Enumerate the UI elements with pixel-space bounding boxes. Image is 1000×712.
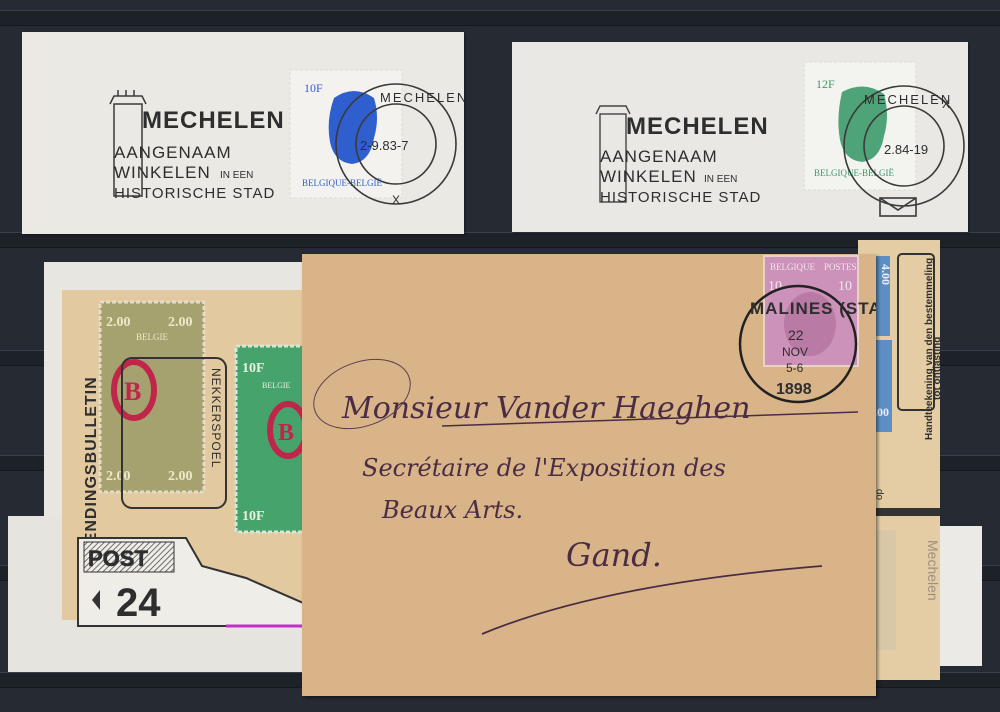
cut-piece-mechelen-1983: MECHELEN AANGENAAM WINKELEN IN EEN HISTO… — [22, 32, 464, 234]
svg-text:AANGENAAM: AANGENAAM — [600, 147, 718, 166]
address-line: Monsieur Vander Haeghen — [341, 391, 750, 426]
address-line: Gand. — [566, 536, 662, 574]
white-backing-paper — [940, 526, 982, 666]
stamp-12f-green: 12F BELGIQUE-BELGIË — [804, 62, 916, 190]
svg-text:POST: POST — [88, 546, 148, 571]
svg-text:IN EEN: IN EEN — [704, 174, 737, 185]
svg-text:MECHELEN: MECHELEN — [864, 92, 952, 107]
svg-text:10F: 10F — [242, 361, 265, 376]
slogan-line: IN EEN — [220, 170, 253, 181]
svg-text:MECHELEN: MECHELEN — [380, 90, 464, 105]
svg-text:10: 10 — [838, 279, 852, 294]
svg-text:Mechelen: Mechelen — [925, 540, 940, 601]
address-line: Beaux Arts. — [381, 496, 523, 524]
svg-text:X: X — [392, 193, 400, 207]
svg-text:WINKELEN: WINKELEN — [600, 167, 697, 186]
svg-text:BELGIE: BELGIE — [262, 381, 291, 390]
svg-text:1898: 1898 — [776, 381, 812, 398]
parcel-label-post-24: POST 24 — [76, 536, 310, 634]
railway-stamp-2-00: 2.00 2.00 BELGIE 2.00 2.00 B — [100, 302, 204, 492]
svg-text:B: B — [278, 420, 294, 446]
svg-text:POSTES: POSTES — [824, 262, 857, 272]
svg-text:NOV: NOV — [782, 345, 808, 359]
svg-text:HISTORISCHE STAD: HISTORISCHE STAD — [600, 189, 761, 206]
svg-text:MECHELEN: MECHELEN — [626, 113, 769, 140]
svg-text:2.00: 2.00 — [168, 315, 193, 330]
cut-piece-mechelen-1984: MECHELEN AANGENAAM WINKELEN IN EEN HISTO… — [512, 42, 968, 232]
svg-text:BELGIE: BELGIE — [136, 332, 168, 342]
stock-strip — [0, 232, 1000, 248]
svg-text:BELGIQUE-BELGIË: BELGIQUE-BELGIË — [814, 168, 894, 178]
svg-text:MALINES (STATION): MALINES (STATION) — [750, 299, 876, 318]
svg-text:5-6: 5-6 — [786, 361, 804, 375]
address-line: Secrétaire de l'Exposition des — [362, 454, 726, 482]
stock-card: MECHELEN AANGENAAM WINKELEN IN EEN HISTO… — [0, 0, 1000, 712]
svg-text:22: 22 — [788, 327, 804, 343]
svg-text:24: 24 — [116, 581, 161, 625]
railway-stamp-10f: 10F BELGIE 10F B — [236, 346, 308, 532]
slogan-line: WINKELEN — [114, 163, 211, 182]
svg-text:10F: 10F — [304, 81, 323, 95]
svg-text:12F: 12F — [816, 77, 835, 91]
envelope-cover-1898: BELGIQUE POSTES 10 10 MALINES (STATION) … — [302, 254, 876, 696]
svg-text:2.00: 2.00 — [168, 469, 193, 484]
svg-text:2.84-19: 2.84-19 — [884, 142, 928, 157]
svg-text:2-9.83-7: 2-9.83-7 — [360, 138, 408, 153]
slogan-line: HISTORISCHE STAD — [114, 185, 275, 202]
svg-text:tot ontlasting: tot ontlasting — [932, 337, 940, 400]
svg-text:BELGIQUE-BELGIË: BELGIQUE-BELGIË — [302, 178, 382, 188]
slogan-line: AANGENAAM — [114, 143, 232, 162]
svg-text:2.00: 2.00 — [106, 469, 131, 484]
svg-text:B: B — [124, 377, 141, 406]
slogan-line: MECHELEN — [142, 107, 285, 134]
svg-text:2.00: 2.00 — [106, 315, 131, 330]
svg-text:X: X — [942, 97, 950, 111]
svg-text:10F: 10F — [242, 509, 265, 524]
svg-text:BELGIQUE: BELGIQUE — [770, 262, 815, 272]
stock-strip — [0, 10, 1000, 26]
svg-text:NEKKERSPOEL: NEKKERSPOEL — [209, 368, 223, 468]
svg-text:4.00: 4.00 — [879, 264, 893, 285]
